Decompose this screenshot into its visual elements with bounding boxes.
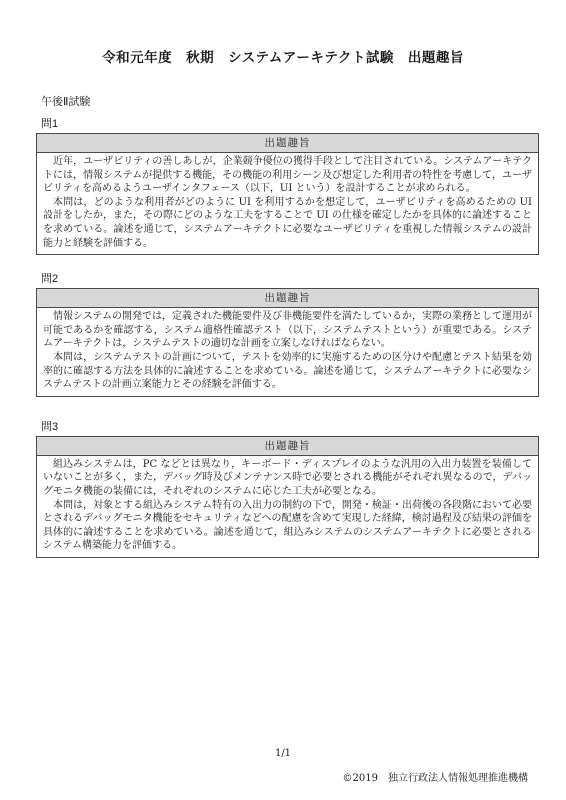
question-3-topic-box-body: 組込みシステムは，PC などとは異なり，キーボード・ディスプレイのような汎用の入… <box>37 456 538 557</box>
question-3-label: 問3 <box>41 418 539 434</box>
question-3-paragraph-2: 本問は，対象とする組込みシステム特有の入出力の制約の下で，開発・検証・出荷後の各… <box>43 499 532 553</box>
question-block-3: 問3 出題趣旨 組込みシステムは，PC などとは異なり，キーボード・ディスプレイ… <box>36 418 539 558</box>
question-1-label: 問1 <box>41 115 539 131</box>
question-2-paragraph-1: 情報システムの開発では，定義された機能要件及び非機能要件を満たしているか，実際の… <box>43 310 532 351</box>
question-block-2: 問2 出題趣旨 情報システムの開発では，定義された機能要件及び非機能要件を満たし… <box>36 270 539 397</box>
question-block-1: 問1 出題趣旨 近年，ユーザビリティの善しあしが，企業競争優位の獲得手段として注… <box>36 115 539 255</box>
question-2-label: 問2 <box>41 270 539 286</box>
page-title: 令和元年度 秋期 システムアーキテクト試験 出題趣旨 <box>0 0 566 66</box>
question-2-topic-box: 出題趣旨 情報システムの開発では，定義された機能要件及び非機能要件を満たしている… <box>36 288 539 397</box>
question-2-paragraph-2: 本問は，システムテストの計画について，テストを効率的に実施するための区分けや配慮… <box>43 351 532 392</box>
copyright-notice: ©2019 独立行政法人情報処理推進機構 <box>343 769 528 784</box>
section-label-afternoon-2-exam: 午後Ⅱ試験 <box>41 93 566 109</box>
page-number: 1/1 <box>0 748 566 759</box>
question-3-topic-box-header: 出題趣旨 <box>37 437 538 456</box>
question-1-topic-box: 出題趣旨 近年，ユーザビリティの善しあしが，企業競争優位の獲得手段として注目され… <box>36 133 539 255</box>
question-1-topic-box-body: 近年，ユーザビリティの善しあしが，企業競争優位の獲得手段として注目されている。シ… <box>37 153 538 254</box>
question-1-paragraph-1: 近年，ユーザビリティの善しあしが，企業競争優位の獲得手段として注目されている。シ… <box>43 155 532 196</box>
question-3-topic-box: 出題趣旨 組込みシステムは，PC などとは異なり，キーボード・ディスプレイのよう… <box>36 436 539 558</box>
question-1-paragraph-2: 本問は，どのような利用者がどのように UI を利用するかを想定して，ユーザビリテ… <box>43 196 532 250</box>
question-3-paragraph-1: 組込みシステムは，PC などとは異なり，キーボード・ディスプレイのような汎用の入… <box>43 458 532 499</box>
question-1-topic-box-header: 出題趣旨 <box>37 134 538 153</box>
question-2-topic-box-body: 情報システムの開発では，定義された機能要件及び非機能要件を満たしているか，実際の… <box>37 308 538 396</box>
question-2-topic-box-header: 出題趣旨 <box>37 289 538 308</box>
